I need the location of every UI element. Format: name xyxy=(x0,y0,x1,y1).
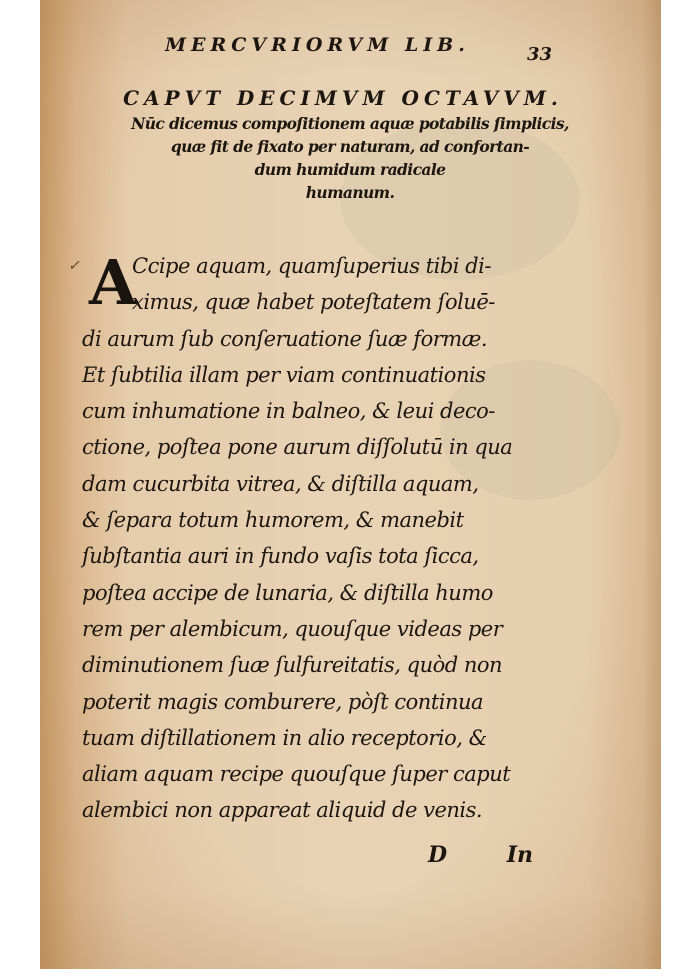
summary-line: Nūc dicemus compoſitionem aquæ potabilis… xyxy=(110,112,590,135)
body-line: dam cucurbita vitrea, & diſtilla aquam, xyxy=(82,466,602,502)
signature-mark: D xyxy=(428,842,447,868)
body-line: poſtea accipe de lunaria, & diſtilla hum… xyxy=(82,575,602,611)
catchwords-line: D In xyxy=(428,842,533,868)
body-line: ſubſtantia auri in fundo vaſis tota ſicc… xyxy=(82,538,602,574)
page-number: 33 xyxy=(527,44,552,65)
book-page: MERCVRIORVM LIB. 33 CAPVT DECIMVM OCTAVV… xyxy=(40,0,661,969)
body-line: di aurum ſub conſeruatione ſuæ formæ. xyxy=(82,321,602,357)
chapter-summary: Nūc dicemus compoſitionem aquæ potabilis… xyxy=(110,112,590,204)
margin-check-mark: ✓ xyxy=(68,258,80,274)
running-head: MERCVRIORVM LIB. xyxy=(165,34,470,56)
body-line: diminutionem ſuæ ſulfureitatis, quòd non xyxy=(82,647,602,683)
body-line: poterit magis comburere, pòſt continua xyxy=(82,684,602,720)
body-text: Ccipe aquam, quamſuperius tibi di- ximus… xyxy=(82,248,602,829)
body-line: tuam diſtillationem in alio receptorio, … xyxy=(82,720,602,756)
catchword: In xyxy=(507,842,533,868)
body-line: ximus, quæ habet poteſtatem ſoluē- xyxy=(82,284,602,320)
body-line: rem per alembicum, quouſque videas per xyxy=(82,611,602,647)
summary-line: dum humidum radicale xyxy=(110,158,590,181)
chapter-title: CAPVT DECIMVM OCTAVVM. xyxy=(108,86,578,110)
body-line: alembici non appareat aliquid de venis. xyxy=(82,792,602,828)
body-line: & ſepara totum humorem, & manebit xyxy=(82,502,602,538)
body-line: Et ſubtilia illam per viam continuationi… xyxy=(82,357,602,393)
body-line: ctione, poſtea pone aurum diſſolutū in q… xyxy=(82,429,602,465)
summary-line: humanum. xyxy=(110,181,590,204)
body-line: Ccipe aquam, quamſuperius tibi di- xyxy=(82,248,602,284)
body-line: aliam aquam recipe quouſque ſuper caput xyxy=(82,756,602,792)
summary-line: quæ fit de fixato per naturam, ad confor… xyxy=(110,135,590,158)
body-line: cum inhumatione in balneo, & leui deco- xyxy=(82,393,602,429)
